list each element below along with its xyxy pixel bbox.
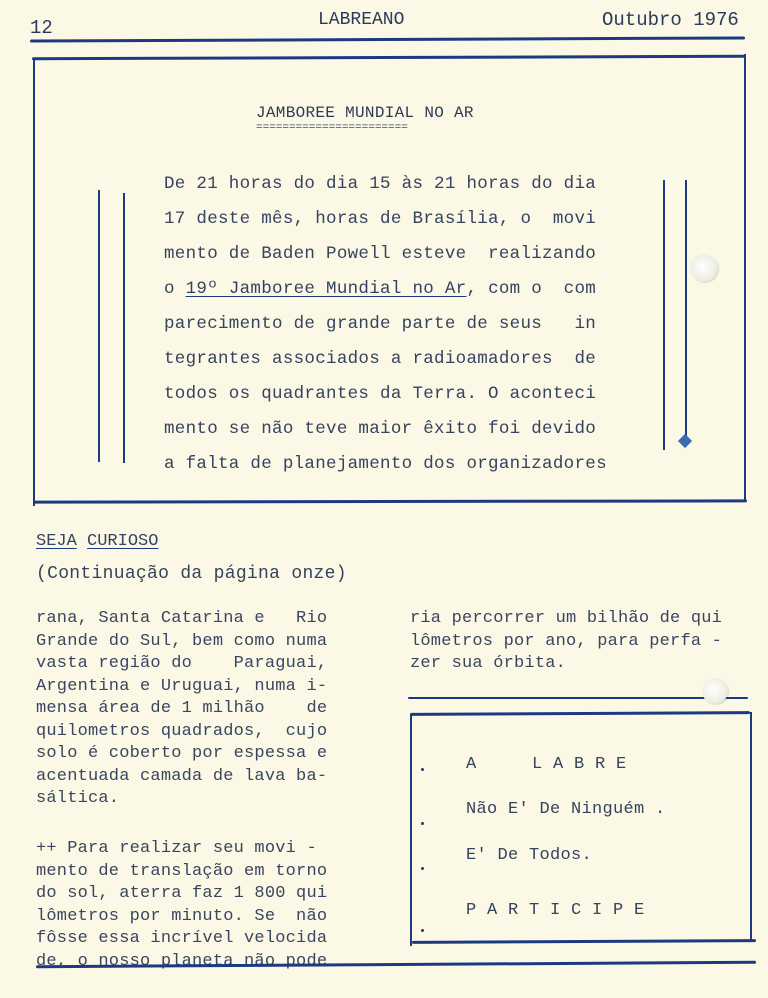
article-line: 17 deste mês, horas de Brasília, o movi: [164, 209, 607, 244]
article-line: parecimento de grande parte de seus in: [164, 314, 607, 349]
article-line: tegrantes associados a radioamadores de: [164, 349, 607, 384]
text-line: Grande do Sul, bem como numa: [36, 631, 327, 654]
article-line: todos os quadrantes da Terra. O aconteci: [164, 384, 607, 419]
text-line: lômetros por ano, para perfa -: [410, 631, 722, 654]
text-line: ria percorrer um bilhão de qui: [410, 608, 722, 631]
article-line: a falta de planejamento dos organizadore…: [164, 454, 607, 489]
text-line: de, o nosso planeta não pode: [36, 951, 327, 974]
labre-line-3: E' De Todos.: [466, 846, 592, 865]
labre-line-4: P A R T I C I P E: [466, 901, 645, 920]
text-line: lômetros por minuto. Se não: [36, 906, 327, 929]
seja-curioso-heading: SEJA CURIOSO: [36, 532, 158, 551]
punch-hole: [702, 678, 728, 704]
heading-word: CURIOSO: [87, 532, 158, 551]
right-decor-line-1: [663, 180, 665, 450]
text-line: vasta região do Paraguai,: [36, 653, 327, 676]
article-line: mento de Baden Powell esteve realizando: [164, 244, 607, 279]
margin-dot: [421, 929, 424, 932]
article-line: mento se não teve maior êxito foi devido: [164, 419, 607, 454]
page-number: 12: [30, 17, 53, 39]
header-rule: [30, 36, 745, 42]
text-line: ++ Para realizar seu movi -: [36, 838, 327, 861]
right-column-text: ria percorrer um bilhão de qui lômetros …: [410, 608, 722, 676]
left-decor-line-1: [98, 190, 100, 462]
article-line: o 19º Jamboree Mundial no Ar, com o com: [164, 279, 607, 314]
publication-name: LABREANO: [318, 10, 404, 30]
box-left-border: [33, 60, 35, 506]
margin-dot: [421, 822, 424, 825]
box-bottom-border: [33, 499, 747, 503]
heading-word: SEJA: [36, 532, 77, 551]
labre-box-right-border: [750, 712, 752, 942]
issue-date: Outubro 1976: [602, 9, 739, 31]
text-line: fôsse essa incrível velocida: [36, 928, 327, 951]
article-title: JAMBOREE MUNDIAL NO AR: [256, 104, 474, 122]
article-line: De 21 horas do dia 15 às 21 horas do dia: [164, 174, 607, 209]
underlined-phrase: 19º Jamboree Mundial no Ar: [186, 279, 467, 299]
labre-box-left-border: [410, 714, 412, 946]
labre-line-1b: L A B R E: [532, 755, 627, 774]
left-column-paragraph-2: ++ Para realizar seu movi - mento de tra…: [36, 838, 327, 973]
text-line: mento de translação em torno: [36, 861, 327, 884]
text-line: solo é coberto por espessa e: [36, 743, 327, 766]
right-column-rule: [408, 697, 748, 699]
text-line: rana, Santa Catarina e Rio: [36, 608, 327, 631]
box-top-border: [32, 55, 746, 60]
right-decor-line-2: [685, 180, 687, 442]
labre-box-bottom-border: [412, 939, 756, 943]
article-title-underline: =======================: [256, 122, 408, 134]
labre-line-1a: A: [466, 755, 477, 774]
left-column-paragraph-1: rana, Santa Catarina e Rio Grande do Sul…: [36, 608, 327, 811]
punch-hole: [690, 254, 718, 282]
text-line: Argentina e Uruguai, numa i-: [36, 676, 327, 699]
text-line: mensa área de 1 milhão de: [36, 698, 327, 721]
left-decor-line-2: [123, 193, 125, 463]
text-line: zer sua órbita.: [410, 653, 722, 676]
text-line: sáltica.: [36, 788, 327, 811]
diamond-icon: [678, 434, 692, 448]
text-line: acentuada camada de lava ba-: [36, 766, 327, 789]
text-line: quilometros quadrados, cujo: [36, 721, 327, 744]
text-line: do sol, aterra faz 1 800 qui: [36, 883, 327, 906]
labre-box-top-border: [410, 711, 750, 715]
continuation-note: (Continuação da página onze): [36, 564, 347, 584]
box-right-border: [744, 54, 746, 500]
margin-dot: [421, 768, 424, 771]
margin-dot: [421, 867, 424, 870]
labre-line-2: Não E' De Ninguém .: [466, 800, 666, 819]
article-body: De 21 horas do dia 15 às 21 horas do dia…: [164, 174, 607, 489]
